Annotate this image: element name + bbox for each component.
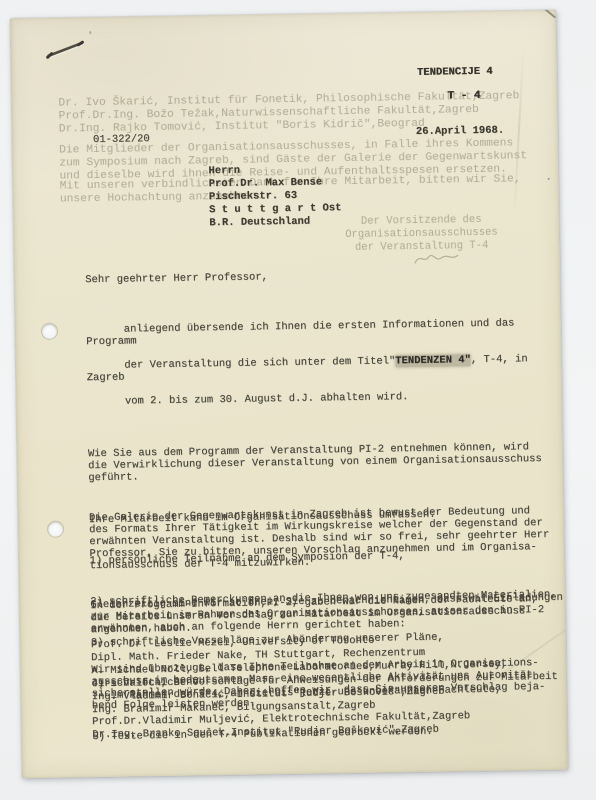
letter-paper: Dr. Ivo Škarić, Institut für Fonetik, Ph…: [10, 10, 568, 778]
paragraph-1-line-3: vom 2. bis zum 30. August d.J. abhalten …: [125, 391, 409, 407]
salutation: Sehr geehrter Herr Professor,: [85, 267, 567, 286]
list-intro: Ihre Mitarbeit kann im Organisationsauss…: [89, 507, 568, 527]
letter-date: 26.April 1968.: [416, 126, 504, 139]
paragraph-2: Wie Sie aus dem Programm der Veranstaltu…: [88, 442, 568, 485]
paragraph-1: anliegend übersende ich Ihnen die ersten…: [86, 306, 568, 421]
overstruck-title: TENDENZEN 4": [395, 354, 471, 367]
series-title: TENDENCIJE 4: [417, 67, 493, 80]
paper-speck: [548, 178, 550, 180]
paper-speck: [89, 31, 91, 34]
staple: [42, 37, 88, 62]
recipient-address: Herrn Prof.Dr. Max Bense Pischekstr. 63 …: [208, 163, 341, 230]
paragraph-1-line-2-pre: der Veranstaltung die sich unter dem Tit…: [124, 355, 395, 371]
series-code: T - 4: [447, 91, 480, 103]
invitee-list: Prof. Dr. Leslie Mezei, University of To…: [91, 632, 568, 743]
punch-hole-bottom: [48, 522, 63, 537]
list-item-1: 1) persönliche Teilnahme an dem Symposio…: [90, 548, 568, 568]
closing-paragraph: Gleichzeitig sind wir so frei, Sie zu be…: [90, 593, 568, 636]
corner-fold-mark: [543, 10, 556, 19]
paragraph-1-line-1: anliegend übersende ich Ihnen die ersten…: [86, 318, 521, 349]
scanned-letter-page: { "colors": { "scanner_background": "#f0…: [0, 0, 596, 800]
punch-hole-top: [42, 324, 57, 339]
reference-number: 01-322/20: [93, 134, 150, 147]
